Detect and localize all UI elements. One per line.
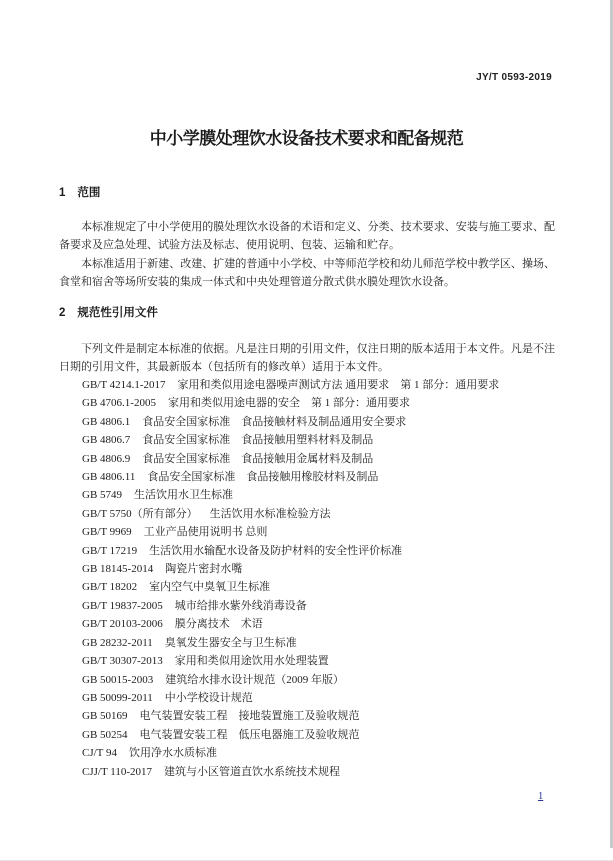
- reference-standard-title: 建筑与小区管道直饮水系统技术规程: [164, 766, 340, 778]
- reference-standard-code: GB 4806.1: [82, 416, 130, 428]
- reference-standard-code: GB/T 9969: [82, 526, 132, 538]
- reference-standard-code: GB 4806.11: [82, 471, 135, 483]
- reference-item: GB/T 9969工业产品使用说明书 总则: [59, 523, 569, 541]
- reference-item: GB 50169电气装置安装工程 接地装置施工及验收规范: [59, 707, 569, 725]
- reference-standard-title: 生活饮用水卫生标准: [134, 489, 233, 501]
- reference-standard-title: 膜分离技术 术语: [175, 618, 263, 630]
- reference-standard-code: GB 18145-2014: [82, 563, 153, 575]
- reference-item: GB/T 18202室内空气中臭氧卫生标准: [59, 578, 569, 596]
- reference-standard-title: 生活饮用水输配水设备及防护材料的安全性评价标准: [149, 545, 402, 557]
- reference-standard-code: GB/T 20103-2006: [82, 618, 163, 630]
- section-1-title: 范围: [77, 187, 100, 199]
- reference-standard-code: GB/T 18202: [82, 581, 137, 593]
- reference-standard-title: 电气装置安装工程 接地装置施工及验收规范: [140, 710, 360, 722]
- reference-standard-title: 生活饮用水标准检验方法: [210, 508, 331, 520]
- reference-standard-code: GB/T 19837-2005: [82, 600, 163, 612]
- reference-standard-title: 食品安全国家标准 食品接触用塑料材料及制品: [142, 434, 373, 446]
- scope-paragraph-1: 本标准规定了中小学使用的膜处理饮水设备的术语和定义、分类、技术要求、安装与施工要…: [59, 218, 555, 255]
- reference-item: GB/T 4214.1-2017家用和类似用途电器噪声测试方法 通用要求 第 1…: [59, 376, 569, 394]
- reference-standard-title: 家用和类似用途电器的安全 第 1 部分：通用要求: [168, 397, 410, 409]
- reference-item: GB 5749生活饮用水卫生标准: [59, 486, 569, 504]
- reference-item: CJ/T 94饮用净水水质标准: [59, 744, 569, 762]
- reference-standard-code: GB 28232-2011: [82, 637, 153, 649]
- reference-item: GB/T 5750（所有部分）生活饮用水标准检验方法: [59, 505, 569, 523]
- section-2-heading: 2规范性引用文件: [59, 304, 158, 320]
- reference-standard-title: 城市给排水紫外线消毒设备: [175, 600, 307, 612]
- reference-standard-code: GB 4706.1-2005: [82, 397, 156, 409]
- reference-standard-title: 家用和类似用途电器噪声测试方法 通用要求 第 1 部分：通用要求: [178, 379, 500, 391]
- reference-standard-title: 臭氧发生器安全与卫生标准: [165, 637, 297, 649]
- reference-item: GB/T 20103-2006膜分离技术 术语: [59, 615, 569, 633]
- reference-item: GB 4806.11食品安全国家标准 食品接触用橡胶材料及制品: [59, 468, 569, 486]
- reference-item: GB 4806.9食品安全国家标准 食品接触用金属材料及制品: [59, 450, 569, 468]
- reference-item: GB/T 30307-2013家用和类似用途饮用水处理装置: [59, 652, 569, 670]
- section-1-heading: 1范围: [59, 184, 100, 200]
- reference-standard-title: 建筑给水排水设计规范（2009 年版）: [165, 674, 344, 686]
- reference-item: GB 4806.7食品安全国家标准 食品接触用塑料材料及制品: [59, 431, 569, 449]
- document-title: 中小学膜处理饮水设备技术要求和配备规范: [0, 124, 613, 149]
- reference-standard-title: 室内空气中臭氧卫生标准: [149, 581, 270, 593]
- section-2-title: 规范性引用文件: [77, 307, 158, 319]
- standard-code-header: JY/T 0593-2019: [476, 72, 552, 83]
- reference-standard-code: GB 50015-2003: [82, 674, 153, 686]
- reference-standard-title: 工业产品使用说明书 总则: [144, 526, 268, 538]
- reference-standard-code: GB/T 4214.1-2017: [82, 379, 166, 391]
- scope-paragraph-2: 本标准适用于新建、改建、扩建的普通中小学校、中等师范学校和幼儿师范学校中教学区、…: [59, 255, 555, 292]
- reference-standard-code: GB 4806.7: [82, 434, 130, 446]
- reference-standard-title: 电气装置安装工程 低压电器施工及验收规范: [140, 729, 360, 741]
- reference-item: GB 50254电气装置安装工程 低压电器施工及验收规范: [59, 726, 569, 744]
- page-number: 1: [538, 791, 543, 802]
- section-2-number: 2: [59, 307, 65, 319]
- reference-standard-title: 家用和类似用途饮用水处理装置: [175, 655, 329, 667]
- reference-standard-title: 中小学校设计规范: [165, 692, 253, 704]
- reference-standard-title: 食品安全国家标准 食品接触材料及制品通用安全要求: [142, 416, 406, 428]
- references-intro-paragraph: 下列文件是制定本标准的依据。凡是注日期的引用文件，仅注日期的版本适用于本文件。凡…: [59, 340, 555, 377]
- reference-standard-code: GB 50169: [82, 710, 128, 722]
- reference-item: GB 50099-2011中小学校设计规范: [59, 689, 569, 707]
- document-page: JY/T 0593-2019 中小学膜处理饮水设备技术要求和配备规范 1范围 本…: [0, 0, 613, 861]
- reference-standard-code: GB 50254: [82, 729, 128, 741]
- reference-standard-code: GB 4806.9: [82, 453, 130, 465]
- reference-standard-code: CJ/T 94: [82, 747, 117, 759]
- reference-item: GB 4806.1食品安全国家标准 食品接触材料及制品通用安全要求: [59, 413, 569, 431]
- reference-item: CJJ/T 110-2017建筑与小区管道直饮水系统技术规程: [59, 763, 569, 781]
- normative-references-list: GB/T 4214.1-2017家用和类似用途电器噪声测试方法 通用要求 第 1…: [59, 376, 569, 781]
- reference-item: GB/T 17219生活饮用水输配水设备及防护材料的安全性评价标准: [59, 542, 569, 560]
- reference-standard-code: GB/T 30307-2013: [82, 655, 163, 667]
- reference-item: GB 50015-2003建筑给水排水设计规范（2009 年版）: [59, 671, 569, 689]
- reference-standard-code: CJJ/T 110-2017: [82, 766, 152, 778]
- reference-standard-code: GB/T 5750（所有部分）: [82, 508, 198, 520]
- reference-item: GB 18145-2014陶瓷片密封水嘴: [59, 560, 569, 578]
- reference-item: GB/T 19837-2005城市给排水紫外线消毒设备: [59, 597, 569, 615]
- reference-standard-title: 食品安全国家标准 食品接触用金属材料及制品: [142, 453, 373, 465]
- reference-item: GB 28232-2011臭氧发生器安全与卫生标准: [59, 634, 569, 652]
- reference-standard-title: 食品安全国家标准 食品接触用橡胶材料及制品: [147, 471, 378, 483]
- reference-standard-title: 陶瓷片密封水嘴: [165, 563, 242, 575]
- section-1-number: 1: [59, 187, 65, 199]
- reference-item: GB 4706.1-2005家用和类似用途电器的安全 第 1 部分：通用要求: [59, 394, 569, 412]
- reference-standard-code: GB 5749: [82, 489, 122, 501]
- reference-standard-code: GB 50099-2011: [82, 692, 153, 704]
- reference-standard-title: 饮用净水水质标准: [129, 747, 217, 759]
- reference-standard-code: GB/T 17219: [82, 545, 137, 557]
